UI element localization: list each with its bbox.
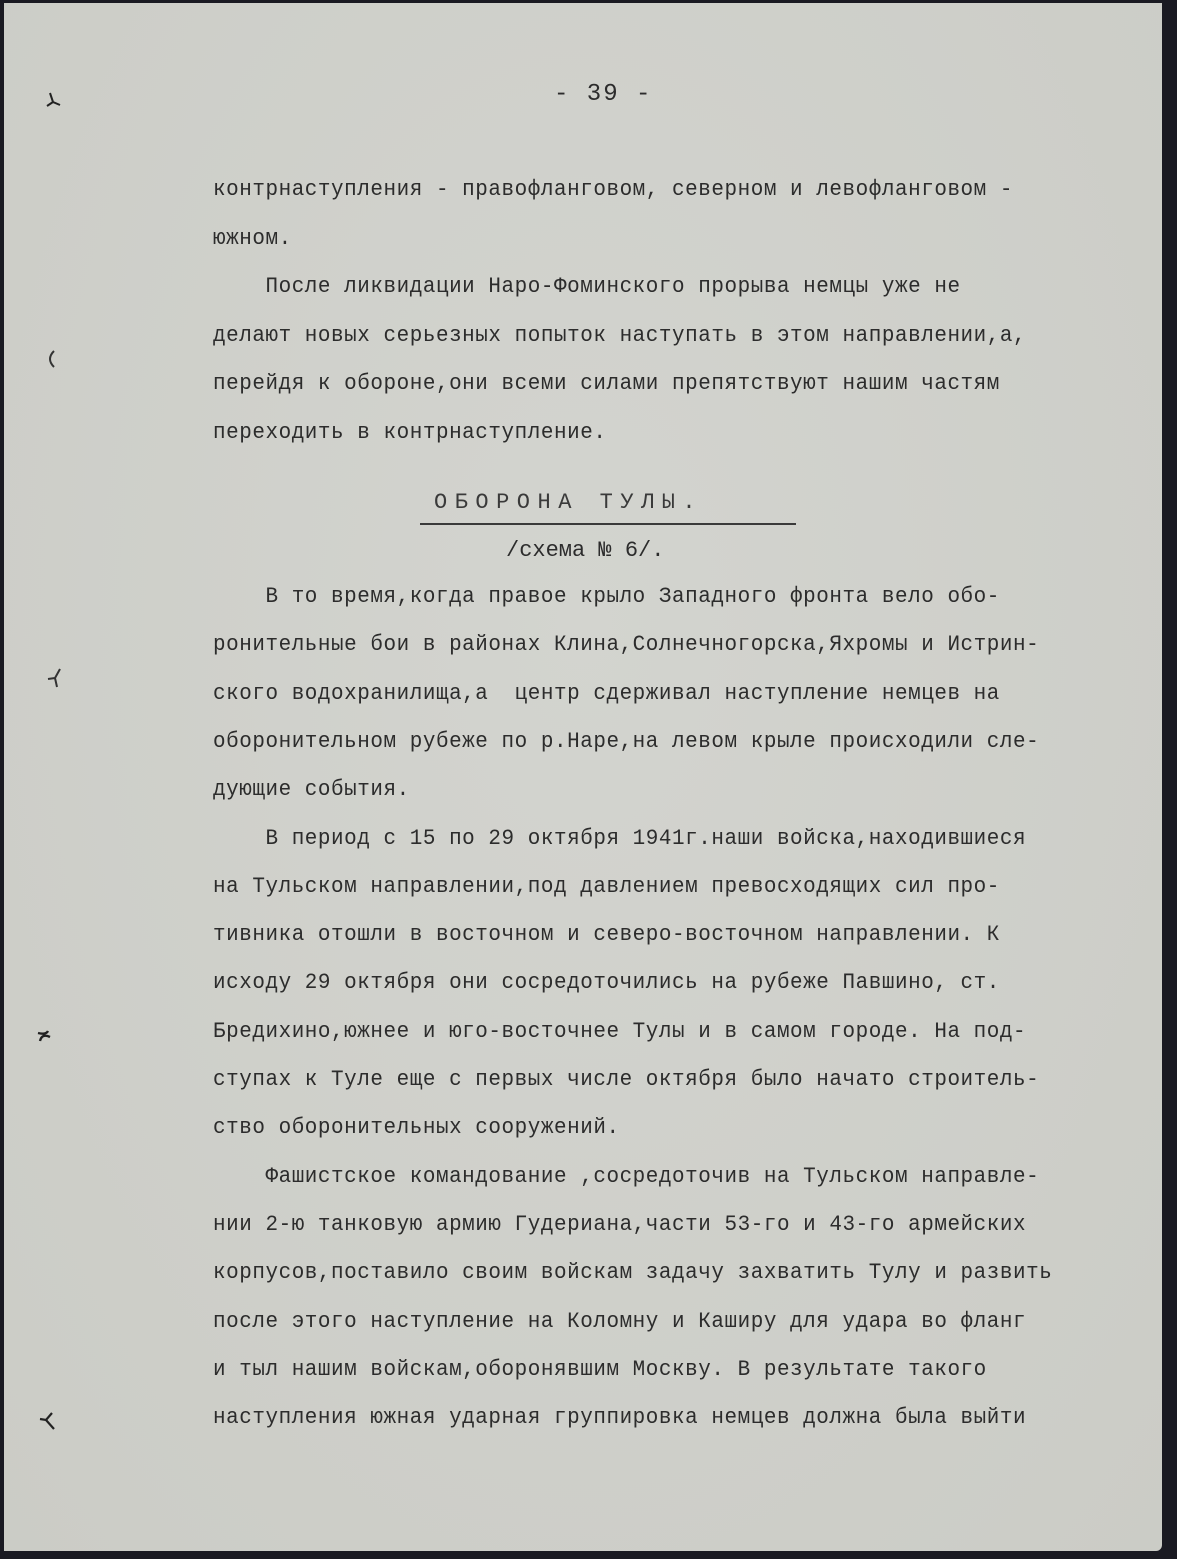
text-line: контрнаступления - правофланговом, север… — [213, 176, 1013, 202]
title-underline — [420, 523, 796, 525]
text-line: южном. — [213, 225, 292, 251]
text-line: оборонительном рубеже по р.Наре,на левом… — [213, 728, 1039, 754]
text-line: корпусов,поставило своим войскам задачу … — [213, 1259, 1052, 1285]
section-subtitle: /схема № 6/. — [506, 538, 664, 563]
text-line: В период с 15 по 29 октября 1941г.наши в… — [213, 825, 1026, 851]
text-line: ступах к Туле еще с первых числе октября… — [213, 1066, 1039, 1092]
text-line: В то время,когда правое крыло Западного … — [213, 583, 1000, 609]
punch-hole-icon — [36, 1409, 58, 1431]
punch-hole-icon — [32, 1027, 54, 1049]
punch-hole-icon — [40, 348, 62, 370]
text-line: Фашистское командование ,сосредоточив на… — [213, 1163, 1039, 1189]
text-line: дующие события. — [213, 776, 410, 802]
page-number: - 39 - — [554, 81, 652, 108]
punch-hole-icon — [44, 667, 66, 689]
text-line: на Тульском направлении,под давлением пр… — [213, 873, 1000, 899]
text-line: Бредихино,южнее и юго-восточнее Тулы и в… — [213, 1018, 1026, 1044]
document-page: - 39 - контрнаступления - правофланговом… — [4, 3, 1162, 1551]
punch-hole-icon — [42, 91, 64, 113]
section-title: ОБОРОНА ТУЛЫ. — [434, 490, 703, 515]
text-line: после этого наступление на Коломну и Каш… — [213, 1308, 1026, 1334]
text-line: переходить в контрнаступление. — [213, 419, 606, 445]
text-line: ронительные бои в районах Клина,Солнечно… — [213, 631, 1039, 657]
text-line: делают новых серьезных попыток наступать… — [213, 322, 1026, 348]
text-line: наступления южная ударная группировка не… — [213, 1404, 1026, 1430]
text-line: исходу 29 октября они сосредоточились на… — [213, 969, 1000, 995]
text-line: ство оборонительных сооружений. — [213, 1114, 620, 1140]
text-line: тивника отошли в восточном и северо-вост… — [213, 921, 1000, 947]
text-line: и тыл нашим войскам,оборонявшим Москву. … — [213, 1356, 987, 1382]
text-line: После ликвидации Наро-Фоминского прорыва… — [213, 273, 961, 299]
text-line: нии 2-ю танковую армию Гудериана,части 5… — [213, 1211, 1026, 1237]
text-line: ского водохранилища,а центр сдерживал на… — [213, 680, 1000, 706]
text-line: перейдя к обороне,они всеми силами препя… — [213, 370, 1000, 396]
